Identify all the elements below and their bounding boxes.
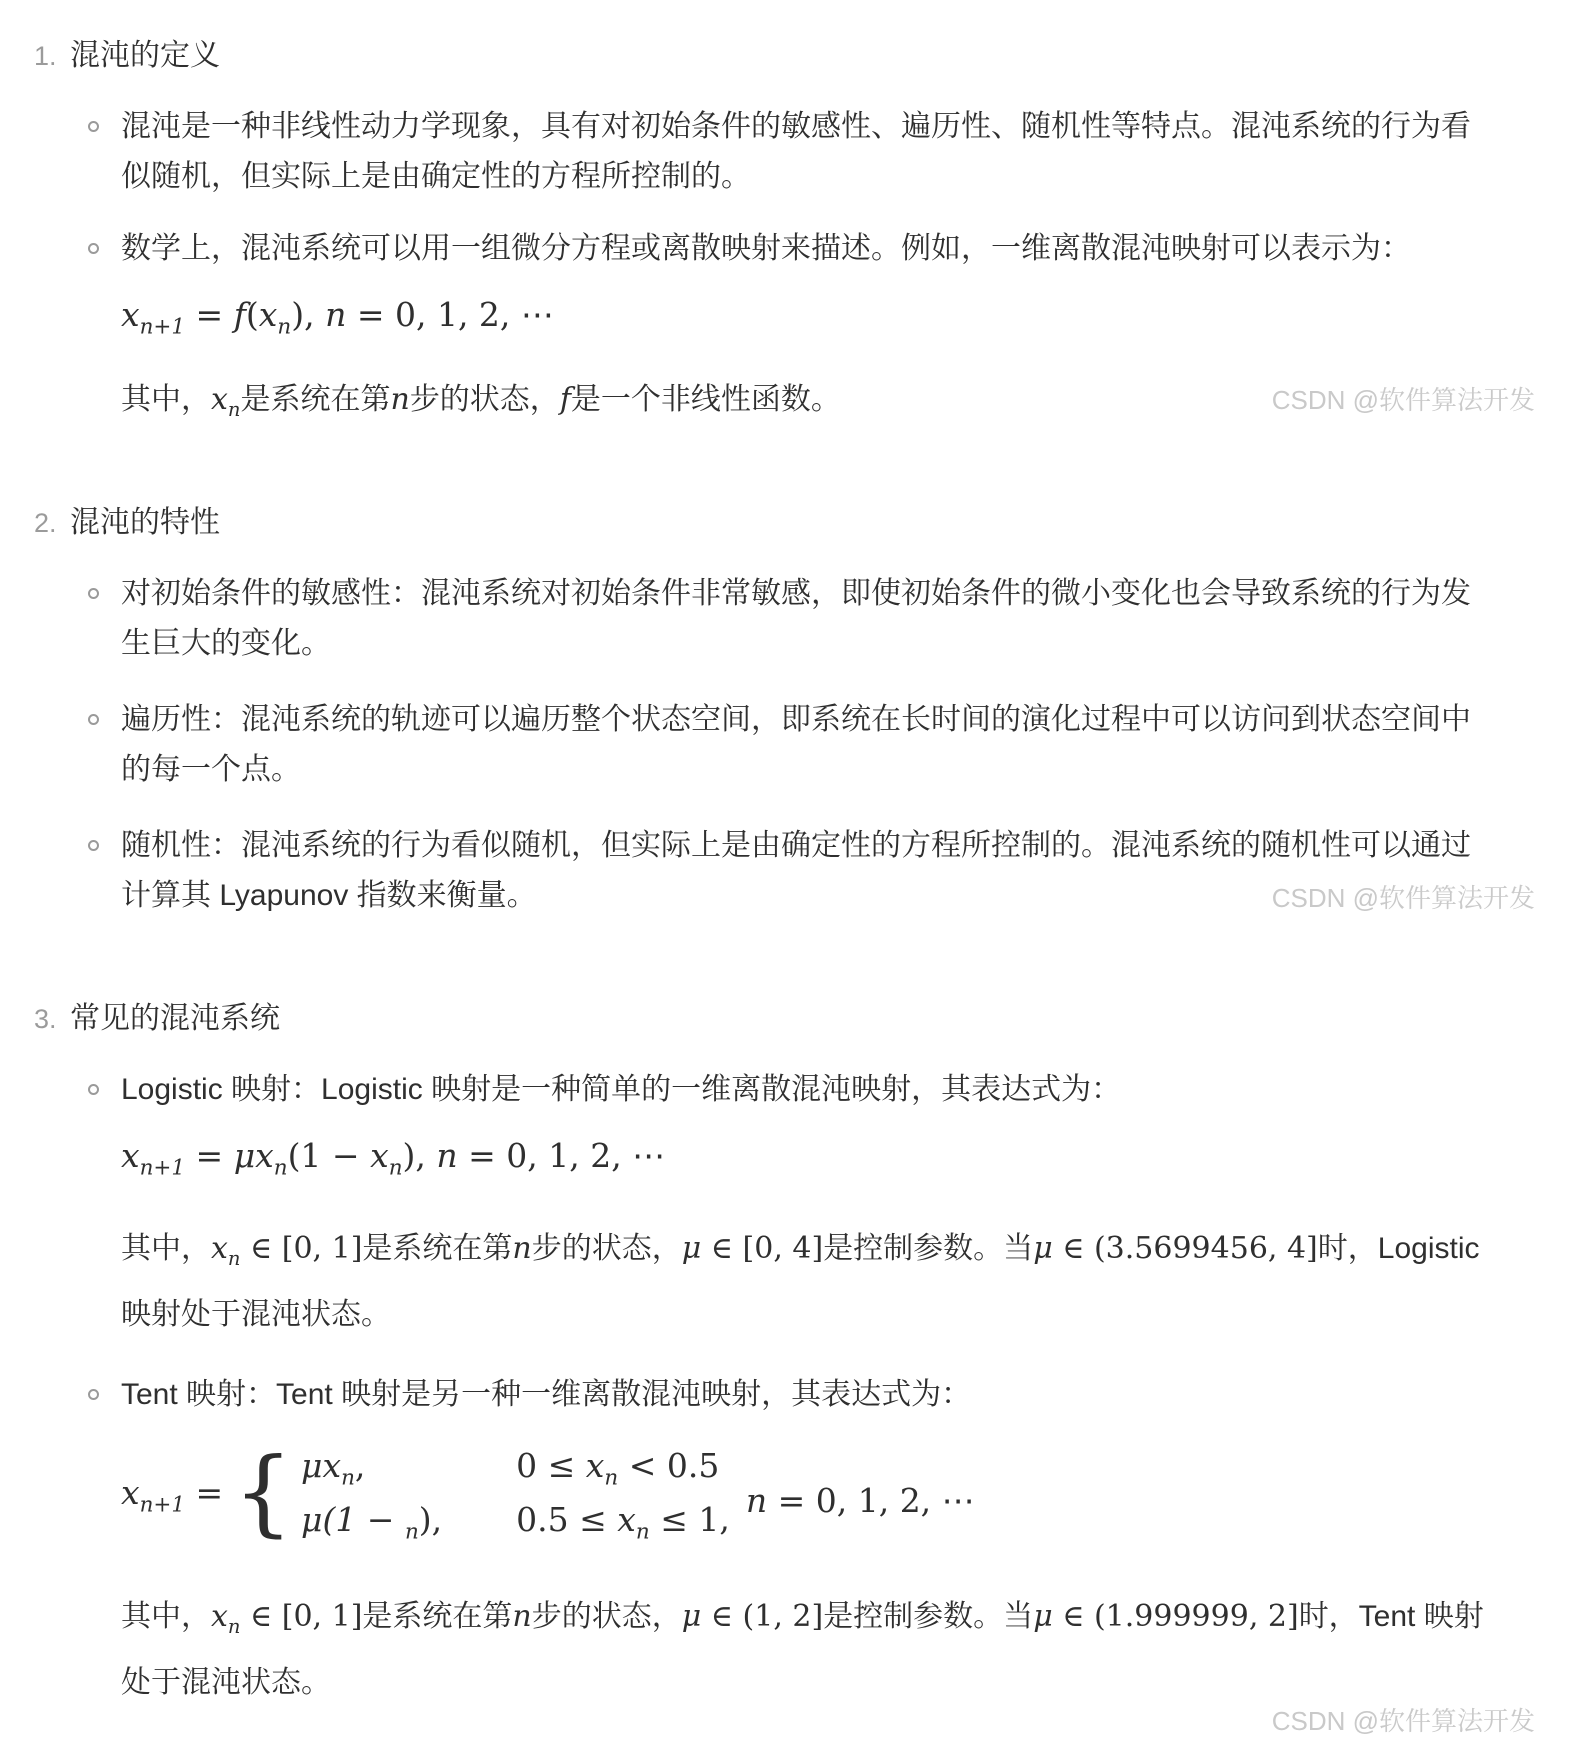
paragraph-line: 的每一个点。 <box>121 745 1535 795</box>
section-title: 混沌的特性 <box>70 497 220 541</box>
list-item: 遍历性：混沌系统的轨迹可以遍历整个状态空间，即系统在长时间的演化过程中可以访问到… <box>88 695 1535 795</box>
formula-note-line: 其中，xn ∈ [0, 1]是系统在第n步的状态，μ ∈ [0, 4]是控制参数… <box>121 1216 1535 1282</box>
list-item: 对初始条件的敏感性：混沌系统对初始条件非常敏感，即使初始条件的微小变化也会导致系… <box>88 569 1535 669</box>
paragraph-line: 混沌是一种非线性动力学现象，具有对初始条件的敏感性、遍历性、随机性等特点。混沌系… <box>121 102 1535 152</box>
section-title: 混沌的定义 <box>70 30 220 74</box>
section-3-common-chaotic-systems: 3. 常见的混沌系统 Logistic 映射：Logistic 映射是一种简单的… <box>34 993 1535 1716</box>
paragraph: 对初始条件的敏感性：混沌系统对初始条件非常敏感，即使初始条件的微小变化也会导致系… <box>121 569 1535 669</box>
section-number: 1. <box>34 41 70 72</box>
formula-note: 其中，xn ∈ [0, 1]是系统在第n步的状态，μ ∈ [0, 4]是控制参数… <box>121 1216 1535 1348</box>
paragraph-line: 随机性：混沌系统的行为看似随机，但实际上是由确定性的方程所控制的。混沌系统的随机… <box>121 821 1535 871</box>
section-title: 常见的混沌系统 <box>70 993 280 1037</box>
formula-logistic-map: xn+1 = μxn(1 − xn), n = 0, 1, 2, ⋯ <box>121 1135 1535 1178</box>
csdn-watermark: CSDN @软件算法开发 <box>1272 878 1535 915</box>
circle-bullet-icon <box>88 840 99 851</box>
tent-cases: μxn, 0 ≤ xn < 0.5 μ(1 − n), 0.5 ≤ xn ≤ 1 <box>301 1440 719 1546</box>
case-2-expression: μ(1 − n), <box>301 1494 442 1546</box>
circle-bullet-icon <box>88 1389 99 1400</box>
paragraph: 混沌是一种非线性动力学现象，具有对初始条件的敏感性、遍历性、随机性等特点。混沌系… <box>121 102 1535 202</box>
article-content: 1. 混沌的定义 混沌是一种非线性动力学现象，具有对初始条件的敏感性、遍历性、随… <box>34 30 1535 1716</box>
case-2-condition: 0.5 ≤ xn ≤ 1 <box>516 1494 719 1546</box>
tent-sequence: n = 0, 1, 2, ⋯ <box>746 1481 975 1520</box>
circle-bullet-icon <box>88 588 99 599</box>
list-item: 随机性：混沌系统的行为看似随机，但实际上是由确定性的方程所控制的。混沌系统的随机… <box>88 821 1535 921</box>
paragraph: 数学上，混沌系统可以用一组微分方程或离散映射来描述。例如，一维离散混沌映射可以表… <box>121 224 1535 425</box>
case-1-expression: μxn, <box>301 1440 442 1492</box>
section-2-chaos-properties: 2. 混沌的特性 对初始条件的敏感性：混沌系统对初始条件非常敏感，即使初始条件的… <box>34 497 1535 921</box>
list-item: 混沌是一种非线性动力学现象，具有对初始条件的敏感性、遍历性、随机性等特点。混沌系… <box>88 102 1535 202</box>
section-body: 混沌是一种非线性动力学现象，具有对初始条件的敏感性、遍历性、随机性等特点。混沌系… <box>34 102 1535 425</box>
formula-note-line: 映射处于混沌状态。 <box>121 1282 1535 1348</box>
article-page: { "watermark_text": "CSDN @软件算法开发", "col… <box>0 0 1593 1756</box>
circle-bullet-icon <box>88 714 99 725</box>
circle-bullet-icon <box>88 1084 99 1095</box>
list-item: 数学上，混沌系统可以用一组微分方程或离散映射来描述。例如，一维离散混沌映射可以表… <box>88 224 1535 425</box>
circle-bullet-icon <box>88 243 99 254</box>
paragraph: 遍历性：混沌系统的轨迹可以遍历整个状态空间，即系统在长时间的演化过程中可以访问到… <box>121 695 1535 795</box>
case-1-condition: 0 ≤ xn < 0.5 <box>516 1440 719 1492</box>
paragraph: Tent 映射：Tent 映射是另一种一维离散混沌映射，其表达式为： xn+1 … <box>121 1370 1535 1716</box>
formula-tent-map: xn+1 = { μxn, 0 ≤ xn < 0.5 μ(1 − n), 0.5… <box>121 1440 1535 1546</box>
formula-note-line: 其中，xn ∈ [0, 1]是系统在第n步的状态，μ ∈ (1, 2]是控制参数… <box>121 1584 1535 1650</box>
paragraph-line: 生巨大的变化。 <box>121 619 1535 669</box>
list-item-logistic-map: Logistic 映射：Logistic 映射是一种简单的一维离散混沌映射，其表… <box>88 1065 1535 1348</box>
paragraph: Logistic 映射：Logistic 映射是一种简单的一维离散混沌映射，其表… <box>121 1065 1535 1348</box>
formula-note-row: 其中，xn是系统在第n步的状态，f是一个非线性函数。 CSDN @软件算法开发 <box>121 375 1535 425</box>
circle-bullet-icon <box>88 121 99 132</box>
section-number: 3. <box>34 1004 70 1035</box>
section-body: Logistic 映射：Logistic 映射是一种简单的一维离散混沌映射，其表… <box>34 1065 1535 1716</box>
csdn-watermark: CSDN @软件算法开发 <box>1272 1701 1535 1738</box>
formula-one-d-map: xn+1 = f(xn), n = 0, 1, 2, ⋯ <box>121 294 1535 337</box>
cases-comma: , <box>719 1499 730 1538</box>
csdn-watermark: CSDN @软件算法开发 <box>1272 380 1535 417</box>
paragraph-line: Tent 映射：Tent 映射是另一种一维离散混沌映射，其表达式为： <box>121 1370 1535 1420</box>
section-heading: 1. 混沌的定义 <box>34 30 1535 74</box>
section-body: 对初始条件的敏感性：混沌系统对初始条件非常敏感，即使初始条件的微小变化也会导致系… <box>34 569 1535 921</box>
paragraph-line: 对初始条件的敏感性：混沌系统对初始条件非常敏感，即使初始条件的微小变化也会导致系… <box>121 569 1535 619</box>
formula-note: 其中，xn ∈ [0, 1]是系统在第n步的状态，μ ∈ (1, 2]是控制参数… <box>121 1584 1535 1716</box>
paragraph-line: 似随机，但实际上是由确定性的方程所控制的。 <box>121 152 1535 202</box>
tent-lhs: xn+1 = <box>121 1473 223 1512</box>
section-heading: 2. 混沌的特性 <box>34 497 1535 541</box>
formula-note: 其中，xn是系统在第n步的状态，f是一个非线性函数。 <box>121 375 841 425</box>
paragraph-line: Logistic 映射：Logistic 映射是一种简单的一维离散混沌映射，其表… <box>121 1065 1535 1115</box>
paragraph-line: 数学上，混沌系统可以用一组微分方程或离散映射来描述。例如，一维离散混沌映射可以表… <box>121 224 1535 274</box>
section-heading: 3. 常见的混沌系统 <box>34 993 1535 1037</box>
paragraph: 随机性：混沌系统的行为看似随机，但实际上是由确定性的方程所控制的。混沌系统的随机… <box>121 821 1535 921</box>
section-number: 2. <box>34 508 70 539</box>
paragraph-line: 遍历性：混沌系统的轨迹可以遍历整个状态空间，即系统在长时间的演化过程中可以访问到… <box>121 695 1535 745</box>
list-item-tent-map: Tent 映射：Tent 映射是另一种一维离散混沌映射，其表达式为： xn+1 … <box>88 1370 1535 1716</box>
left-brace: { <box>233 1446 293 1540</box>
section-1-chaos-definition: 1. 混沌的定义 混沌是一种非线性动力学现象，具有对初始条件的敏感性、遍历性、随… <box>34 30 1535 425</box>
